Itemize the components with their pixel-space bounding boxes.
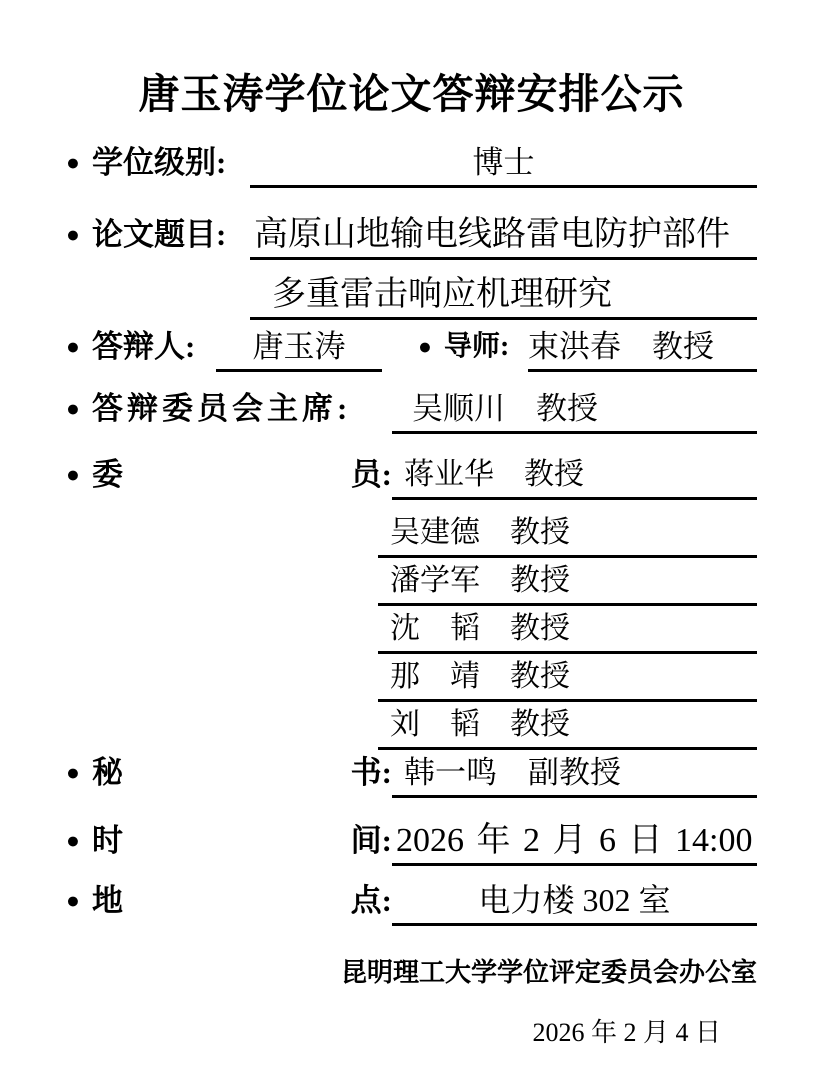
secretary-value: 韩一鸣 副教授 [392, 750, 757, 798]
committee-row: 那 靖 教授 [66, 654, 757, 702]
bullet-icon: ● [66, 386, 92, 432]
degree-label: 学位级别: [92, 140, 250, 185]
field-defender-supervisor: ● 答辩人: 唐玉涛 ● 导师: 束洪春 教授 [66, 324, 757, 372]
supervisor-value: 束洪春 教授 [528, 324, 757, 372]
defender-label: 答辩人: [92, 324, 216, 369]
field-time: ● 时 间: 2026 年 2 月 6 日 14:00 [66, 818, 757, 866]
page-title: 唐玉涛学位论文答辩安排公示 [66, 66, 757, 122]
bullet-icon: ● [66, 452, 92, 498]
bullet-icon: ● [66, 212, 92, 258]
bullet-icon: ● [66, 818, 92, 864]
secretary-label-last: 书: [351, 750, 392, 795]
bullet-icon: ● [66, 140, 92, 186]
field-location: ● 地 点: 电力楼 302 室 [66, 878, 757, 926]
bullet-icon: ● [418, 324, 444, 370]
committee-label-last: 员: [351, 452, 392, 497]
committee-member: 吴建德 教授 [378, 510, 757, 558]
time-label-last: 间: [351, 818, 392, 863]
bullet-icon: ● [66, 324, 92, 370]
time-value: 2026 年 2 月 6 日 14:00 [392, 818, 757, 866]
thesis-label: 论文题目: [92, 212, 250, 257]
field-degree: ● 学位级别: 博士 [66, 140, 757, 188]
location-value: 电力楼 302 室 [392, 878, 757, 926]
thesis-value-line2: 多重雷击响应机理研究 [250, 272, 757, 320]
secretary-label: 秘 书: [92, 750, 392, 795]
time-label-first: 时 [92, 818, 123, 863]
committee-member: 潘学军 教授 [378, 558, 757, 606]
location-label: 地 点: [92, 878, 392, 923]
committee-row: 刘 韬 教授 [66, 702, 757, 750]
committee-label: 委 员: [92, 452, 392, 497]
secretary-label-first: 秘 [92, 750, 123, 795]
committee-member: 那 靖 教授 [378, 654, 757, 702]
degree-value: 博士 [250, 140, 757, 188]
field-chair: ● 答辩委员会主席: 吴顺川 教授 [66, 386, 757, 434]
field-thesis-title: ● 论文题目: 高原山地输电线路雷电防护部件 多重雷击响应机理研究 [66, 212, 757, 320]
time-label: 时 间: [92, 818, 392, 863]
field-secretary: ● 秘 书: 韩一鸣 副教授 [66, 750, 757, 798]
chair-value: 吴顺川 教授 [392, 386, 757, 434]
field-committee: ● 委 员: 蒋业华 教授 [66, 452, 757, 500]
location-label-first: 地 [92, 878, 123, 923]
defense-announcement-page: 唐玉涛学位论文答辩安排公示 ● 学位级别: 博士 ● 论文题目: 高原山地输电线… [0, 0, 824, 1065]
committee-member: 刘 韬 教授 [378, 702, 757, 750]
bullet-icon: ● [66, 878, 92, 924]
footer-date: 2026 年 2 月 4 日 [66, 1016, 721, 1050]
committee-row: 潘学军 教授 [66, 558, 757, 606]
committee-row: 吴建德 教授 [66, 510, 757, 558]
supervisor-label: 导师: [444, 324, 528, 369]
committee-member: 蒋业华 教授 [392, 452, 757, 500]
thesis-value-block: 高原山地输电线路雷电防护部件 多重雷击响应机理研究 [250, 212, 757, 320]
location-label-last: 点: [351, 878, 392, 923]
committee-member: 沈 韬 教授 [378, 606, 757, 654]
defender-value: 唐玉涛 [216, 324, 382, 372]
committee-row: 沈 韬 教授 [66, 606, 757, 654]
bullet-icon: ● [66, 750, 92, 796]
chair-label: 答辩委员会主席: [92, 386, 392, 431]
thesis-value-line1: 高原山地输电线路雷电防护部件 [250, 212, 757, 260]
committee-label-first: 委 [92, 452, 123, 497]
footer-office: 昆明理工大学学位评定委员会办公室 [66, 956, 757, 990]
